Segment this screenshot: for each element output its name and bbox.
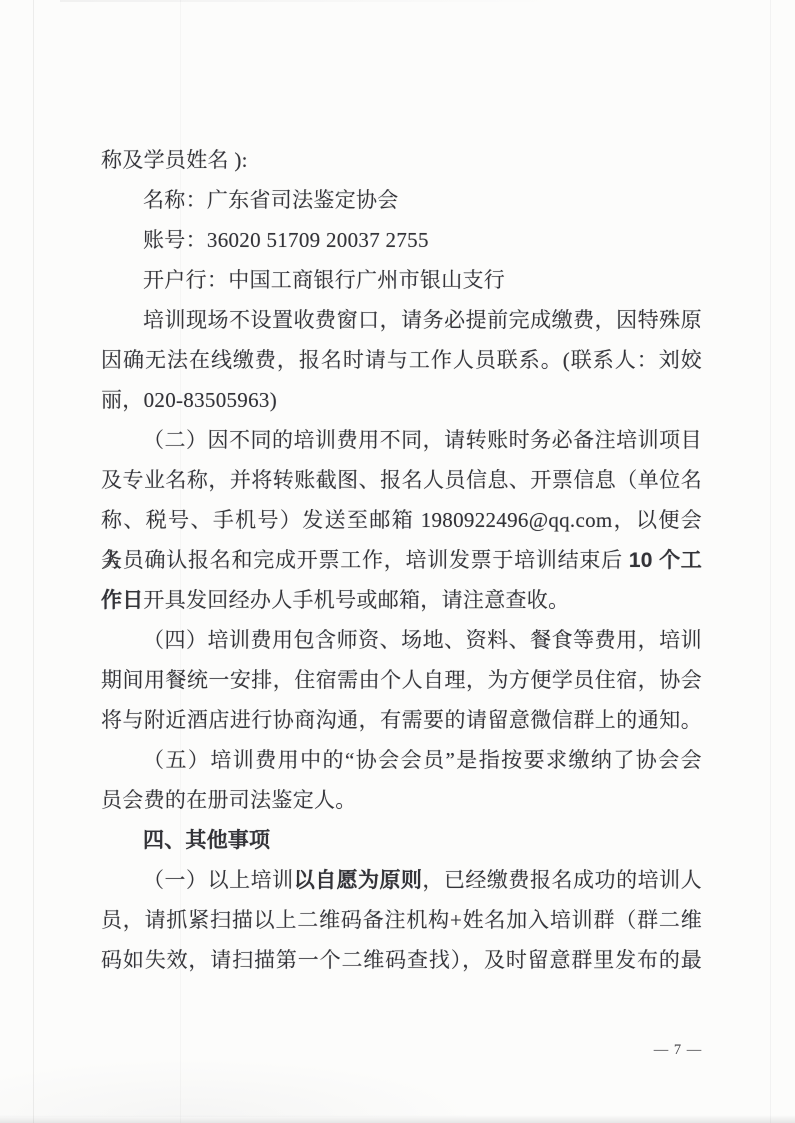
text-line: 丽，020-83505963)	[101, 380, 702, 420]
text-segment: 名称：广东省司法鉴定协会	[143, 188, 399, 212]
text-line: （五）培训费用中的“协会会员”是指按要求缴纳了协会会	[101, 740, 702, 780]
text-segment-bold: 作日	[101, 589, 143, 612]
document-page: 称及学员姓名 ):名称：广东省司法鉴定协会账号：36020 51709 2003…	[0, 0, 795, 1123]
text-line: 将与附近酒店进行协商沟通，有需要的请留意微信群上的通知。	[101, 700, 702, 740]
text-segment: （五）培训费用中的“协会会员”是指按要求缴纳了协会会	[143, 748, 702, 772]
scan-artifact-bottom-edge	[0, 1115, 795, 1123]
text-segment: 丽，020-83505963)	[101, 388, 277, 412]
text-segment-bold: 10 个工	[629, 549, 702, 572]
text-segment: 开户行：中国工商银行广州市银山支行	[143, 268, 505, 292]
text-segment-bold: 以自愿为原则	[294, 869, 423, 892]
text-line: （一）以上培训以自愿为原则，已经缴费报名成功的培训人	[101, 860, 702, 900]
text-line: 员，请抓紧扫描以上二维码备注机构+姓名加入培训群（群二维	[101, 900, 702, 940]
text-line: 称、税号、手机号）发送至邮箱 1980922496@qq.com，以便会务	[101, 500, 702, 540]
text-line: 因确无法在线缴费，报名时请与工作人员联系。(联系人：刘姣	[101, 340, 702, 380]
text-segment: 人员确认报名和完成开票工作，培训发票于培训结束后	[101, 548, 629, 572]
text-segment: 因确无法在线缴费，报名时请与工作人员联系。(联系人：刘姣	[101, 348, 702, 372]
scan-artifact-shadow	[0, 1057, 480, 1117]
text-block: 称及学员姓名 ):名称：广东省司法鉴定协会账号：36020 51709 2003…	[101, 140, 702, 980]
text-segment: （四）培训费用包含师资、场地、资料、餐食等费用，培训	[143, 628, 702, 652]
text-segment: 期间用餐统一安排，住宿需由个人自理，为方便学员住宿，协会	[101, 668, 702, 692]
text-segment: 员会费的在册司法鉴定人。	[101, 788, 357, 812]
text-segment: （一）以上培训	[143, 868, 294, 892]
text-segment: 开具发回经办人手机号或邮箱，请注意查收。	[143, 588, 569, 612]
scan-artifact-left-edge	[33, 0, 34, 1123]
text-segment: 员，请抓紧扫描以上二维码备注机构+姓名加入培训群（群二维	[101, 908, 702, 932]
text-line: （二）因不同的培训费用不同，请转账时务必备注培训项目	[101, 420, 702, 460]
text-segment: 及专业名称，并将转账截图、报名人员信息、开票信息（单位名	[101, 468, 702, 492]
text-line: 及专业名称，并将转账截图、报名人员信息、开票信息（单位名	[101, 460, 702, 500]
scan-artifact-top	[60, 0, 560, 2]
text-line: 培训现场不设置收费窗口，请务必提前完成缴费，因特殊原	[101, 300, 702, 340]
text-line: 码如失效，请扫描第一个二维码查找），及时留意群里发布的最	[101, 940, 702, 980]
text-line: 账号：36020 51709 20037 2755	[101, 220, 702, 260]
text-segment: ，已经缴费报名成功的培训人	[422, 868, 702, 892]
text-line: 名称：广东省司法鉴定协会	[101, 180, 702, 220]
text-line: 期间用餐统一安排，住宿需由个人自理，为方便学员住宿，协会	[101, 660, 702, 700]
text-segment: 称及学员姓名 ):	[101, 148, 248, 172]
scan-artifact-band	[770, 0, 771, 1123]
text-line: 四、其他事项	[101, 820, 702, 860]
text-segment: （二）因不同的培训费用不同，请转账时务必备注培训项目	[143, 428, 702, 452]
text-segment-bold: 四、其他事项	[143, 829, 270, 852]
text-line: 员会费的在册司法鉴定人。	[101, 780, 702, 820]
text-segment: 将与附近酒店进行协商沟通，有需要的请留意微信群上的通知。	[101, 708, 702, 732]
text-line: （四）培训费用包含师资、场地、资料、餐食等费用，培训	[101, 620, 702, 660]
text-line: 称及学员姓名 ):	[101, 140, 702, 180]
page-number: — 7 —	[648, 1042, 708, 1059]
text-line: 开户行：中国工商银行广州市银山支行	[101, 260, 702, 300]
text-segment: 码如失效，请扫描第一个二维码查找），及时留意群里发布的最	[101, 948, 702, 972]
text-line: 作日开具发回经办人手机号或邮箱，请注意查收。	[101, 580, 702, 620]
text-segment: 培训现场不设置收费窗口，请务必提前完成缴费，因特殊原	[143, 308, 702, 332]
text-line: 人员确认报名和完成开票工作，培训发票于培训结束后 10 个工	[101, 540, 702, 580]
text-segment: 账号：36020 51709 20037 2755	[143, 228, 429, 252]
